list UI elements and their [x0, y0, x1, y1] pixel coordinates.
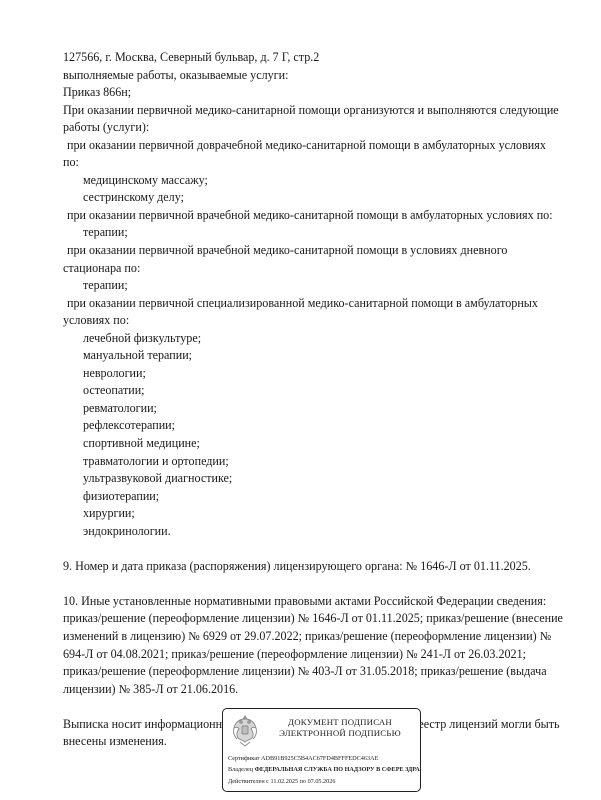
- document-line: стационара по:: [63, 260, 563, 278]
- document-line: При оказании первичной медико-санитарной…: [63, 102, 563, 120]
- document-line: приказ/решение (переоформление лицензии)…: [63, 663, 563, 681]
- owner-row: Владелец ФЕДЕРАЛЬНАЯ СЛУЖБА ПО НАДЗОРУ В…: [228, 764, 421, 775]
- document-line: лицензии) № 385-Л от 21.06.2016.: [63, 681, 563, 699]
- owner-value: ФЕДЕРАЛЬНАЯ СЛУЖБА ПО НАДЗОРУ В СФЕРЕ ЗД…: [255, 766, 421, 773]
- document-line: 127566, г. Москва, Северный бульвар, д. …: [63, 49, 563, 67]
- document-line: неврологии;: [63, 365, 563, 383]
- document-line: ревматологии;: [63, 400, 563, 418]
- certificate-value: ADB91B925C5B4AC67FD4BFFFEDC463AE: [261, 755, 378, 762]
- document-line: условиях по:: [63, 312, 563, 330]
- document-line: спортивной медицине;: [63, 435, 563, 453]
- document-line: при оказании первичной врачебной медико-…: [63, 207, 563, 225]
- document-line: 9. Номер и дата приказа (распоряжения) л…: [63, 558, 563, 576]
- certificate-label: Сертификат: [228, 755, 260, 762]
- coat-of-arms-icon: [231, 713, 259, 749]
- document-line: выполняемые работы, оказываемые услуги:: [63, 67, 563, 85]
- document-line: терапии;: [63, 224, 563, 242]
- document-line: Приказ 866н;: [63, 84, 563, 102]
- document-line: при оказании первичной врачебной медико-…: [63, 242, 563, 260]
- stamp-meta: Сертификат ADB91B925C5B4AC67FD4BFFFEDC46…: [228, 753, 421, 787]
- document-line: по:: [63, 154, 563, 172]
- document-line: терапии;: [63, 277, 563, 295]
- validity-period: Действителен с 11.02.2025 по 07.05.2026: [228, 776, 421, 787]
- document-line: остеопатии;: [63, 382, 563, 400]
- owner-label: Владелец: [228, 766, 253, 773]
- document-line: изменений в лицензию) № 6929 от 29.07.20…: [63, 628, 563, 646]
- document-line: при оказании первичной специализированно…: [63, 295, 563, 313]
- document-line: травматологии и ортопедии;: [63, 453, 563, 471]
- document-line: 10. Иные установленные нормативными прав…: [63, 593, 563, 611]
- document-line: ультразвуковой диагностике;: [63, 470, 563, 488]
- stamp-title-line-2: ЭЛЕКТРОННОЙ ПОДПИСЬЮ: [265, 728, 415, 739]
- certificate-row: Сертификат ADB91B925C5B4AC67FD4BFFFEDC46…: [228, 753, 421, 764]
- paragraph-gap: [63, 540, 563, 558]
- document-line: эндокринологии.: [63, 523, 563, 541]
- document-line: мануальной терапии;: [63, 347, 563, 365]
- document-line: медицинскому массажу;: [63, 172, 563, 190]
- document-line: при оказании первичной доврачебной медик…: [63, 137, 563, 155]
- document-line: работы (услуги):: [63, 119, 563, 137]
- paragraph-gap: [63, 575, 563, 593]
- document-line: приказ/решение (переоформление лицензии)…: [63, 610, 563, 628]
- document-line: лечебной физкультуре;: [63, 330, 563, 348]
- stamp-title: ДОКУМЕНТ ПОДПИСАН ЭЛЕКТРОННОЙ ПОДПИСЬЮ: [265, 717, 415, 739]
- license-extract-text: 127566, г. Москва, Северный бульвар, д. …: [63, 49, 563, 751]
- document-line: рефлексотерапии;: [63, 417, 563, 435]
- document-line: физиотерапии;: [63, 488, 563, 506]
- document-line: 694-Л от 04.08.2021; приказ/решение (пер…: [63, 646, 563, 664]
- document-line: сестринскому делу;: [63, 189, 563, 207]
- stamp-title-line-1: ДОКУМЕНТ ПОДПИСАН: [265, 717, 415, 728]
- document-line: хирургии;: [63, 505, 563, 523]
- electronic-signature-stamp: ДОКУМЕНТ ПОДПИСАН ЭЛЕКТРОННОЙ ПОДПИСЬЮ С…: [222, 708, 421, 792]
